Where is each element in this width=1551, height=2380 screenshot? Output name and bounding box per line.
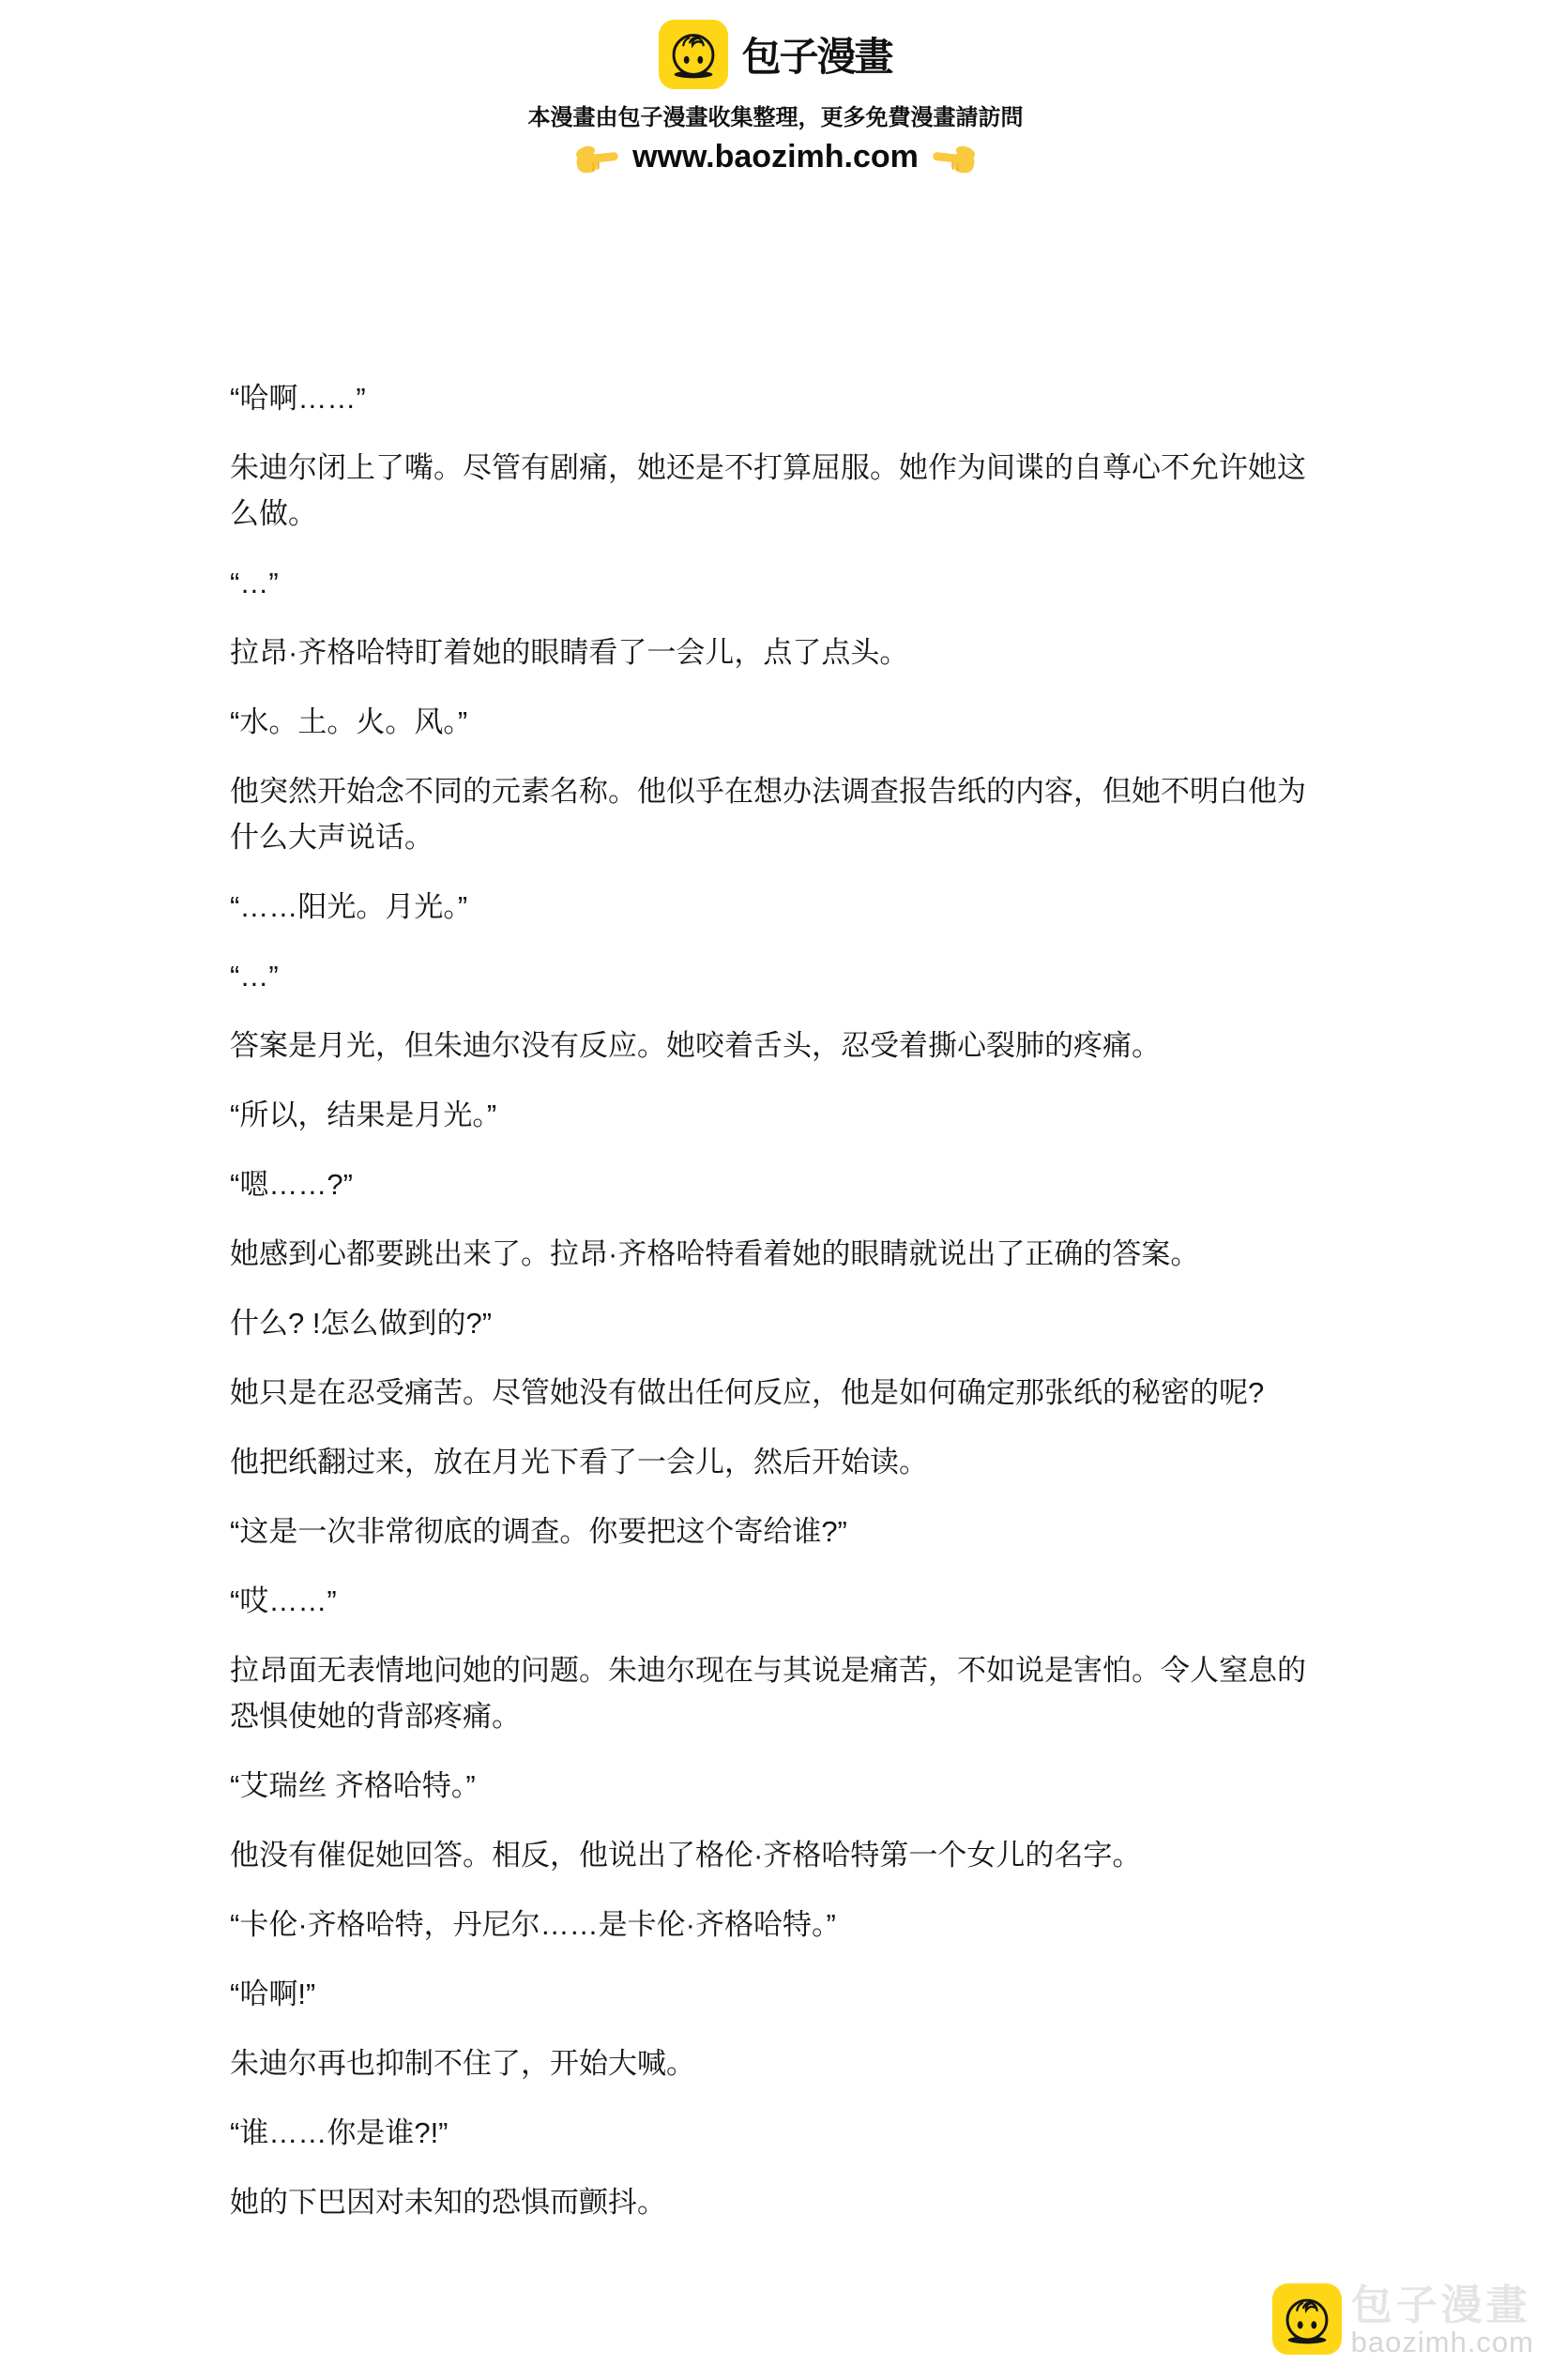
watermark-url: baozimh.com [1351,2327,1534,2357]
baozi-logo-icon [659,20,728,89]
novel-paragraph: “哈啊……” [230,375,1324,421]
novel-paragraph: 什么? !怎么做到的?” [230,1300,1324,1346]
site-header: 包子漫畫 本漫畫由包子漫畫收集整理，更多免費漫畫請訪問 www.baozimh.… [0,19,1551,175]
watermark-footer: 包子漫畫 baozimh.com [1272,2283,1534,2357]
novel-paragraph: 他没有催促她回答。相反，他说出了格伦·齐格哈特第一个女儿的名字。 [230,1832,1324,1878]
novel-paragraph: 拉昂面无表情地问她的问题。朱迪尔现在与其说是痛苦，不如说是害怕。令人窒息的恐惧使… [230,1647,1324,1739]
novel-paragraph: 答案是月光，但朱迪尔没有反应。她咬着舌头，忍受着撕心裂肺的疼痛。 [230,1023,1324,1069]
novel-paragraph: 她的下巴因对未知的恐惧而颤抖。 [230,2179,1324,2225]
point-right-icon [572,138,621,176]
site-url: www.baozimh.com [632,139,919,175]
novel-body: “哈啊……”朱迪尔闭上了嘴。尽管有剧痛，她还是不打算屈服。她作为间谍的自尊心不允… [230,375,1324,2249]
novel-paragraph: “这是一次非常彻底的调查。你要把这个寄给谁?” [230,1508,1324,1554]
novel-paragraph: “所以，结果是月光。” [230,1092,1324,1138]
novel-paragraph: “……阳光。月光。” [230,884,1324,930]
novel-paragraph: “哎……” [230,1578,1324,1624]
novel-paragraph: “艾瑞丝 齐格哈特。” [230,1763,1324,1809]
point-left-icon [930,138,979,176]
novel-paragraph: 她只是在忍受痛苦。尽管她没有做出任何反应，他是如何确定那张纸的秘密的呢? [230,1370,1324,1416]
novel-paragraph: 他突然开始念不同的元素名称。他似乎在想办法调查报告纸的内容，但她不明白他为什么大… [230,768,1324,860]
novel-paragraph: “水。土。火。风。” [230,699,1324,745]
url-row: www.baozimh.com [0,139,1551,175]
novel-paragraph: “嗯……?” [230,1161,1324,1207]
watermark-title: 包子漫畫 [1351,2284,1531,2327]
novel-paragraph: 他把纸翻过来，放在月光下看了一会儿，然后开始读。 [230,1439,1324,1485]
novel-paragraph: “卡伦·齐格哈特，丹尼尔……是卡伦·齐格哈特。” [230,1902,1324,1948]
watermark-text: 包子漫畫 baozimh.com [1351,2284,1534,2357]
novel-paragraph: 朱迪尔再也抑制不住了，开始大喊。 [230,2040,1324,2086]
novel-paragraph: 她感到心都要跳出来了。拉昂·齐格哈特看着她的眼睛就说出了正确的答案。 [230,1231,1324,1277]
novel-paragraph: 朱迪尔闭上了嘴。尽管有剧痛，她还是不打算屈服。她作为间谍的自尊心不允许她这么做。 [230,445,1324,537]
novel-paragraph: “谁……你是谁?!” [230,2110,1324,2156]
credit-page: 包子漫畫 本漫畫由包子漫畫收集整理，更多免費漫畫請訪問 www.baozimh.… [0,0,1551,2380]
novel-paragraph: “…” [230,560,1324,606]
baozi-watermark-icon [1272,2283,1342,2357]
novel-paragraph: “…” [230,953,1324,999]
novel-paragraph: 拉昂·齐格哈特盯着她的眼睛看了一会儿，点了点头。 [230,629,1324,675]
site-title: 包子漫畫 [741,26,891,83]
promo-text: 本漫畫由包子漫畫收集整理，更多免費漫畫請訪問 [0,99,1551,131]
novel-paragraph: “哈啊!” [230,1971,1324,2017]
logo-row: 包子漫畫 [0,19,1551,90]
